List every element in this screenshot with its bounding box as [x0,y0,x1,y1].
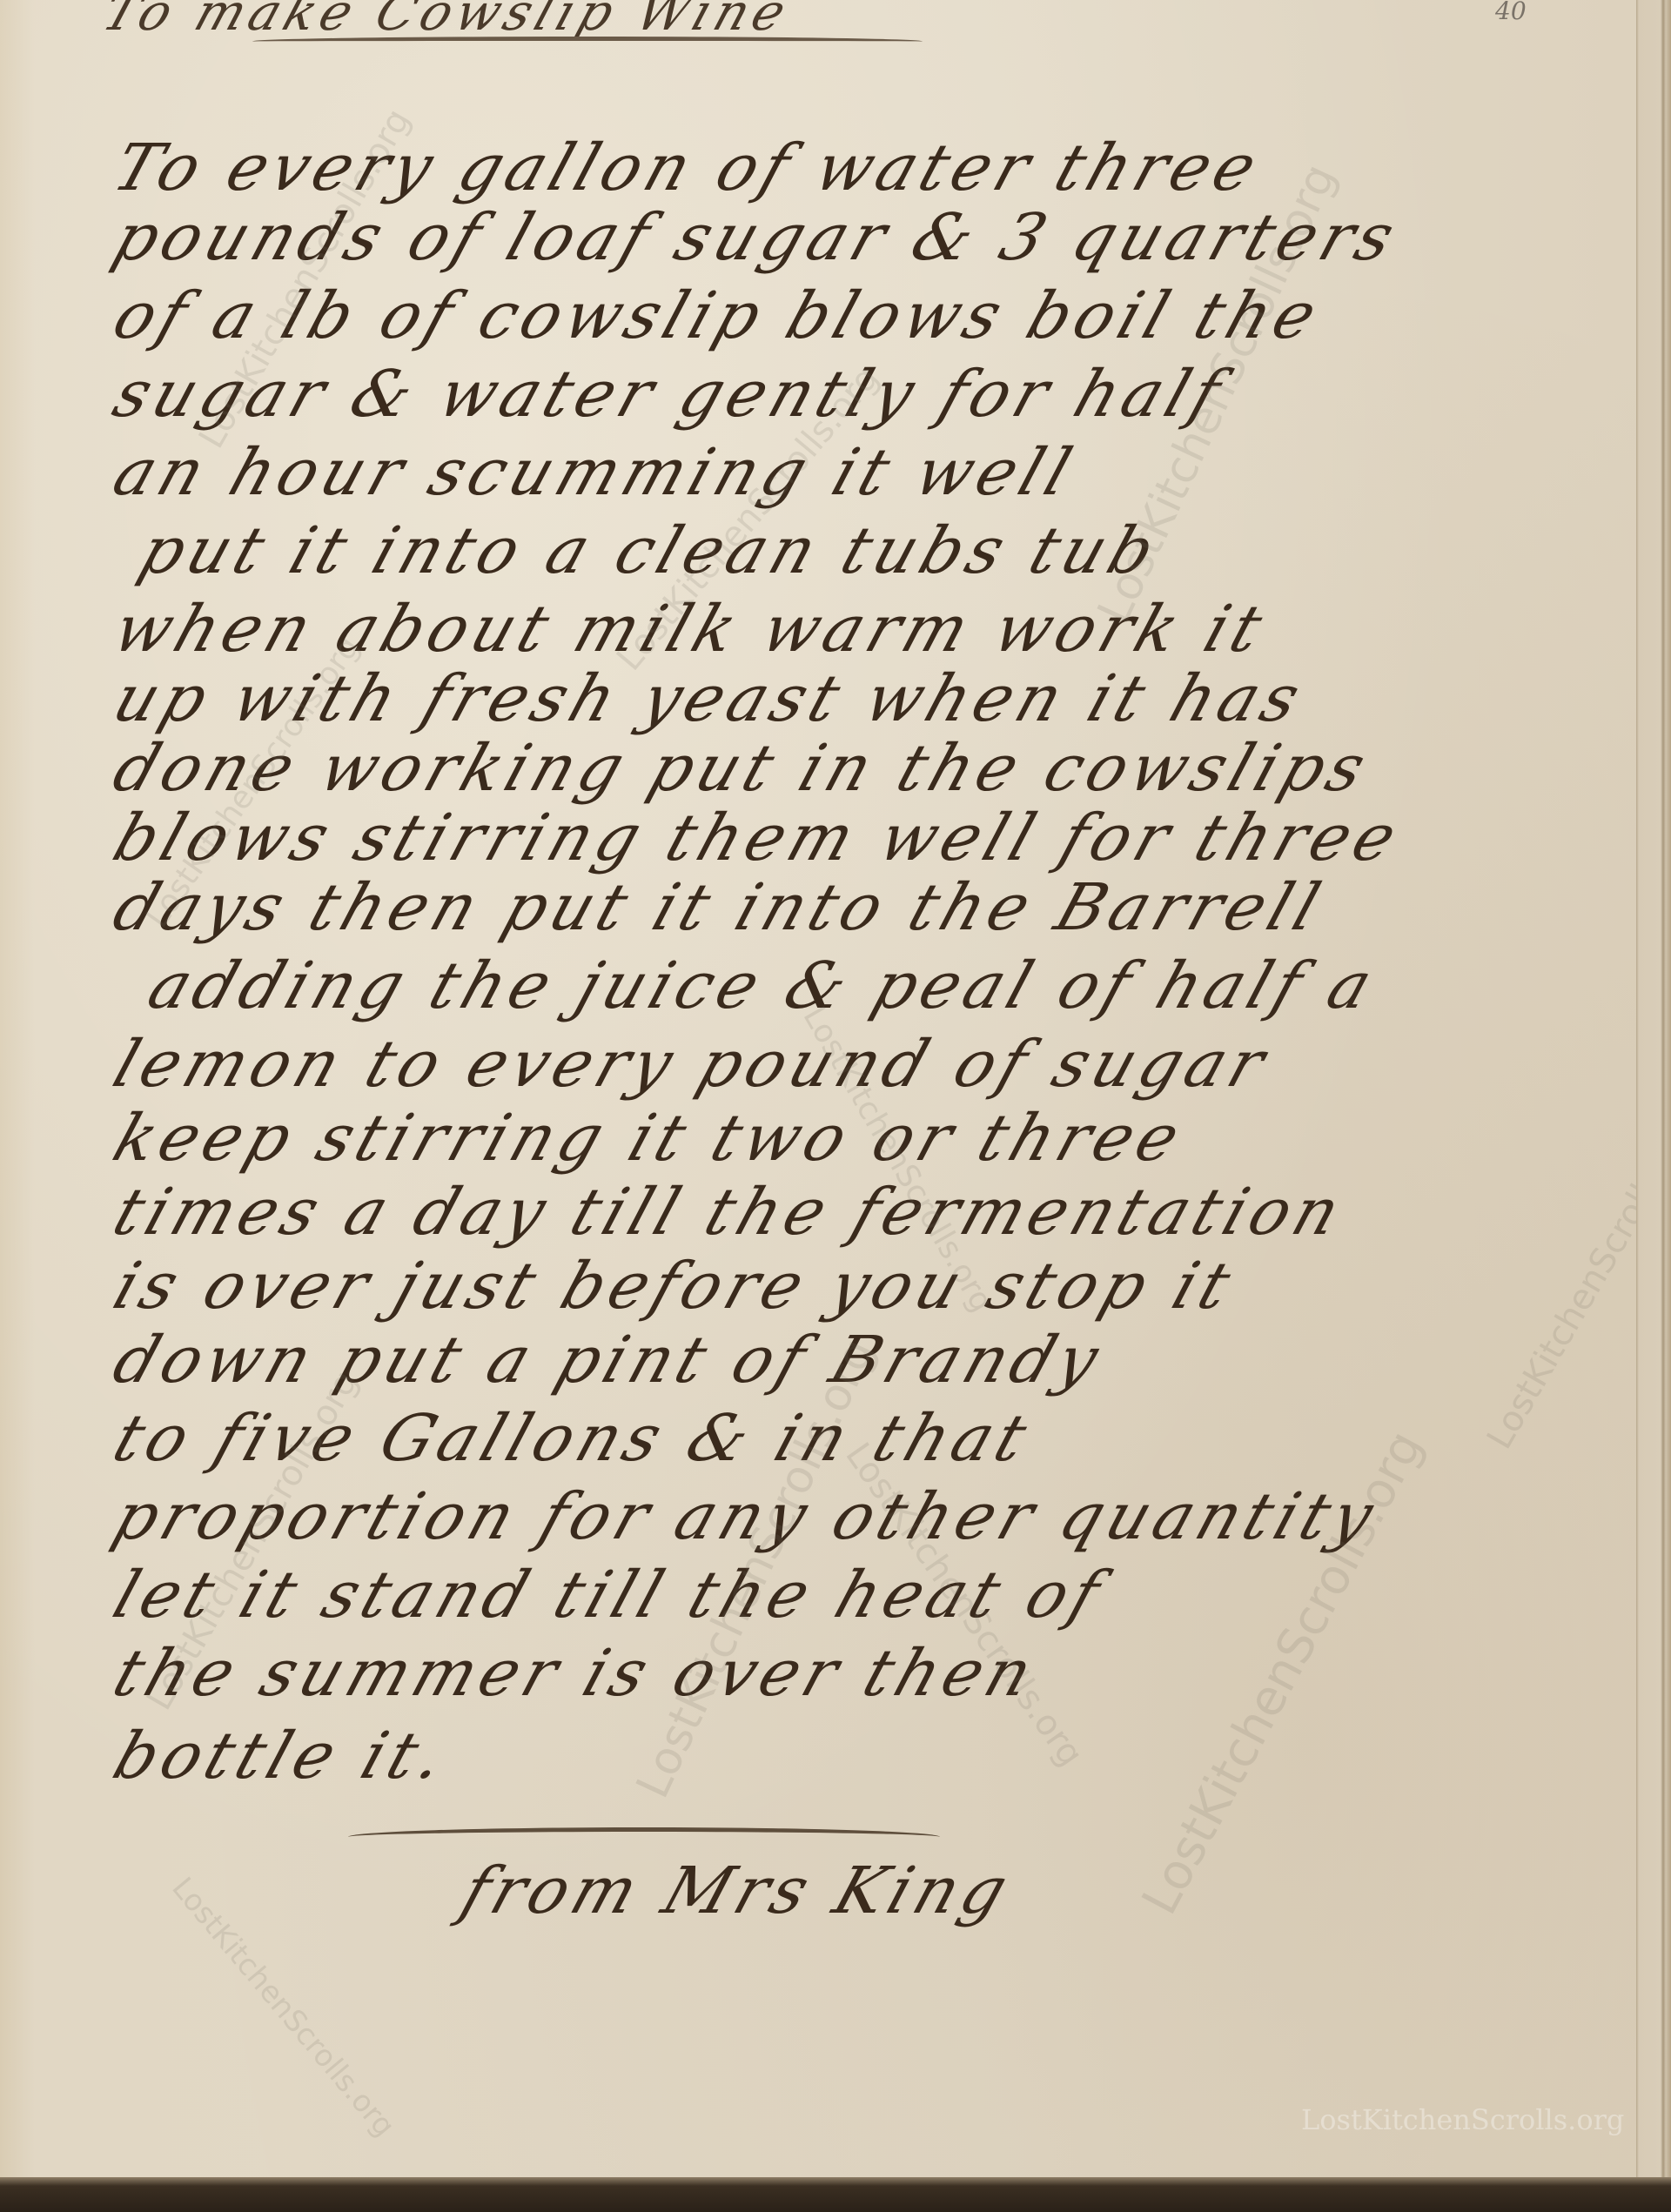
page-edges [1636,0,1671,2180]
signature: from Mrs King [453,1853,1022,1928]
recipe-line: put it into a clean tubs tub [131,513,1169,588]
recipe-line: to five Gallons & in that [104,1401,1041,1476]
signature-divider [348,1827,940,1837]
watermark: LostKitchenScrolls.org [164,1871,401,2143]
recipe-line: lemon to every pound of sugar [104,1027,1278,1102]
footer-watermark: LostKitchenScrolls.org [1301,2103,1624,2136]
recipe-line: down put a pint of Brandy [104,1323,1112,1398]
manuscript-page: 40 To make Cowslip Wine To every gallon … [0,0,1636,2180]
recipe-line: the summer is over then [104,1636,1046,1711]
recipe-line: To every gallon of water three [104,131,1271,205]
recipe-line: an hour scumming it well [104,435,1085,510]
recipe-line: is over just before you stop it [104,1249,1245,1324]
book-bottom-edge [0,2177,1671,2212]
recipe-line: times a day till the fermentation [104,1175,1354,1250]
page-number: 40 [1495,0,1527,25]
recipe-title: To make Cowslip Wine [96,0,798,42]
title-underline [252,37,923,46]
recipe-line: blows stirring them well for three [104,801,1411,875]
recipe-line: days then put it into the Barrell [104,870,1334,945]
recipe-line: adding the juice & peal of half a [139,948,1386,1023]
recipe-line: bottle it. [104,1719,459,1793]
recipe-line: keep stirring it two or three [104,1101,1194,1176]
